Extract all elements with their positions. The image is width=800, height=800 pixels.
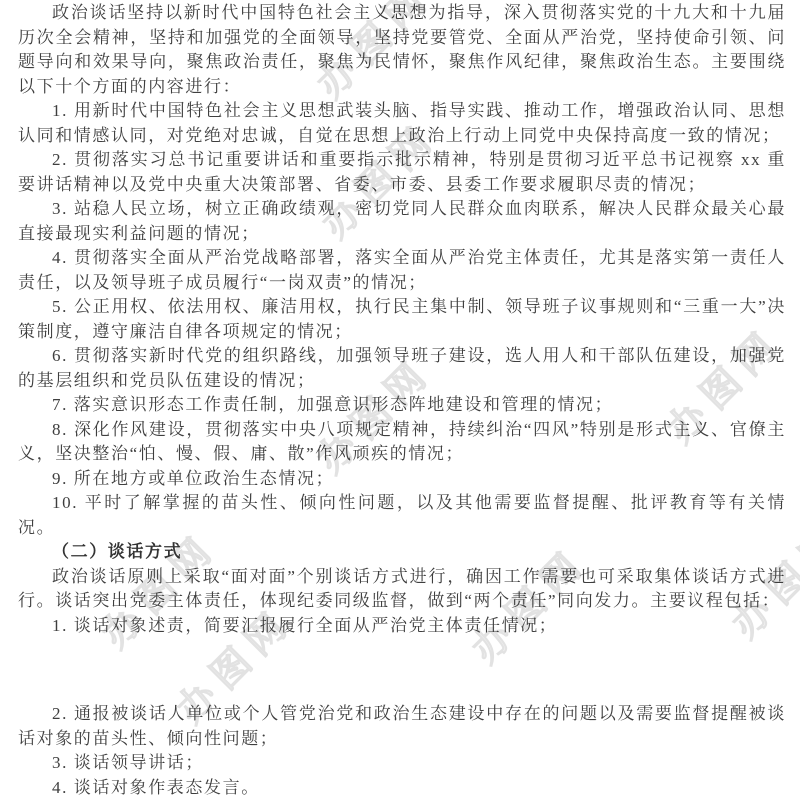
content-item-8: 8. 深化作风建设，贯彻落实中央八项规定精神，持续纠治“四风”特别是形式主义、官… — [18, 418, 786, 467]
content-item-2: 2. 贯彻落实习总书记重要讲话和重要指示批示精神，特别是贯彻习近平总书记视察 x… — [18, 148, 786, 197]
document-page: 办图网办图网办图网办图网办图网办图网办图网办图网 政治谈话坚持以新时代中国特色社… — [0, 0, 800, 800]
agenda-item-3: 3. 谈话领导讲话； — [18, 751, 786, 776]
document-content: 政治谈话坚持以新时代中国特色社会主义思想为指导，深入贯彻落实党的十九大和十九届历… — [18, 1, 786, 800]
agenda-item-4: 4. 谈话对象作表态发言。 — [18, 776, 786, 800]
talk-method-paragraph: 政治谈话原则上采取“面对面”个别谈话方式进行，确因工作需要也可采取集体谈话方式进… — [18, 565, 786, 614]
content-item-9: 9. 所在地方或单位政治生态情况； — [18, 467, 786, 492]
section-heading-talk-method: （二）谈话方式 — [18, 540, 786, 565]
content-item-1: 1. 用新时代中国特色社会主义思想武装头脑、指导实践、推动工作，增强政治认同、思… — [18, 99, 786, 148]
content-item-3: 3. 站稳人民立场，树立正确政绩观，密切党同人民群众血肉联系，解决人民群众最关心… — [18, 197, 786, 246]
content-item-6: 6. 贯彻落实新时代党的组织路线，加强领导班子建设，选人用人和干部队伍建设，加强… — [18, 344, 786, 393]
content-item-7: 7. 落实意识形态工作责任制，加强意识形态阵地建设和管理的情况； — [18, 393, 786, 418]
content-item-10: 10. 平时了解掌握的苗头性、倾向性问题，以及其他需要监督提醒、批评教育等有关情… — [18, 491, 786, 540]
intro-paragraph: 政治谈话坚持以新时代中国特色社会主义思想为指导，深入贯彻落实党的十九大和十九届历… — [18, 1, 786, 99]
agenda-item-2: 2. 通报被谈话人单位或个人管党治党和政治生态建设中存在的问题以及需要监督提醒被… — [18, 702, 786, 751]
content-item-5: 5. 公正用权、依法用权、廉洁用权，执行民主集中制、领导班子议事规则和“三重一大… — [18, 295, 786, 344]
content-item-4: 4. 贯彻落实全面从严治党战略部署，落实全面从严治党主体责任，尤其是落实第一责任… — [18, 246, 786, 295]
agenda-item-1: 1. 谈话对象述责，简要汇报履行全面从严治党主体责任情况； — [18, 614, 786, 639]
page-break-gap — [18, 638, 786, 702]
